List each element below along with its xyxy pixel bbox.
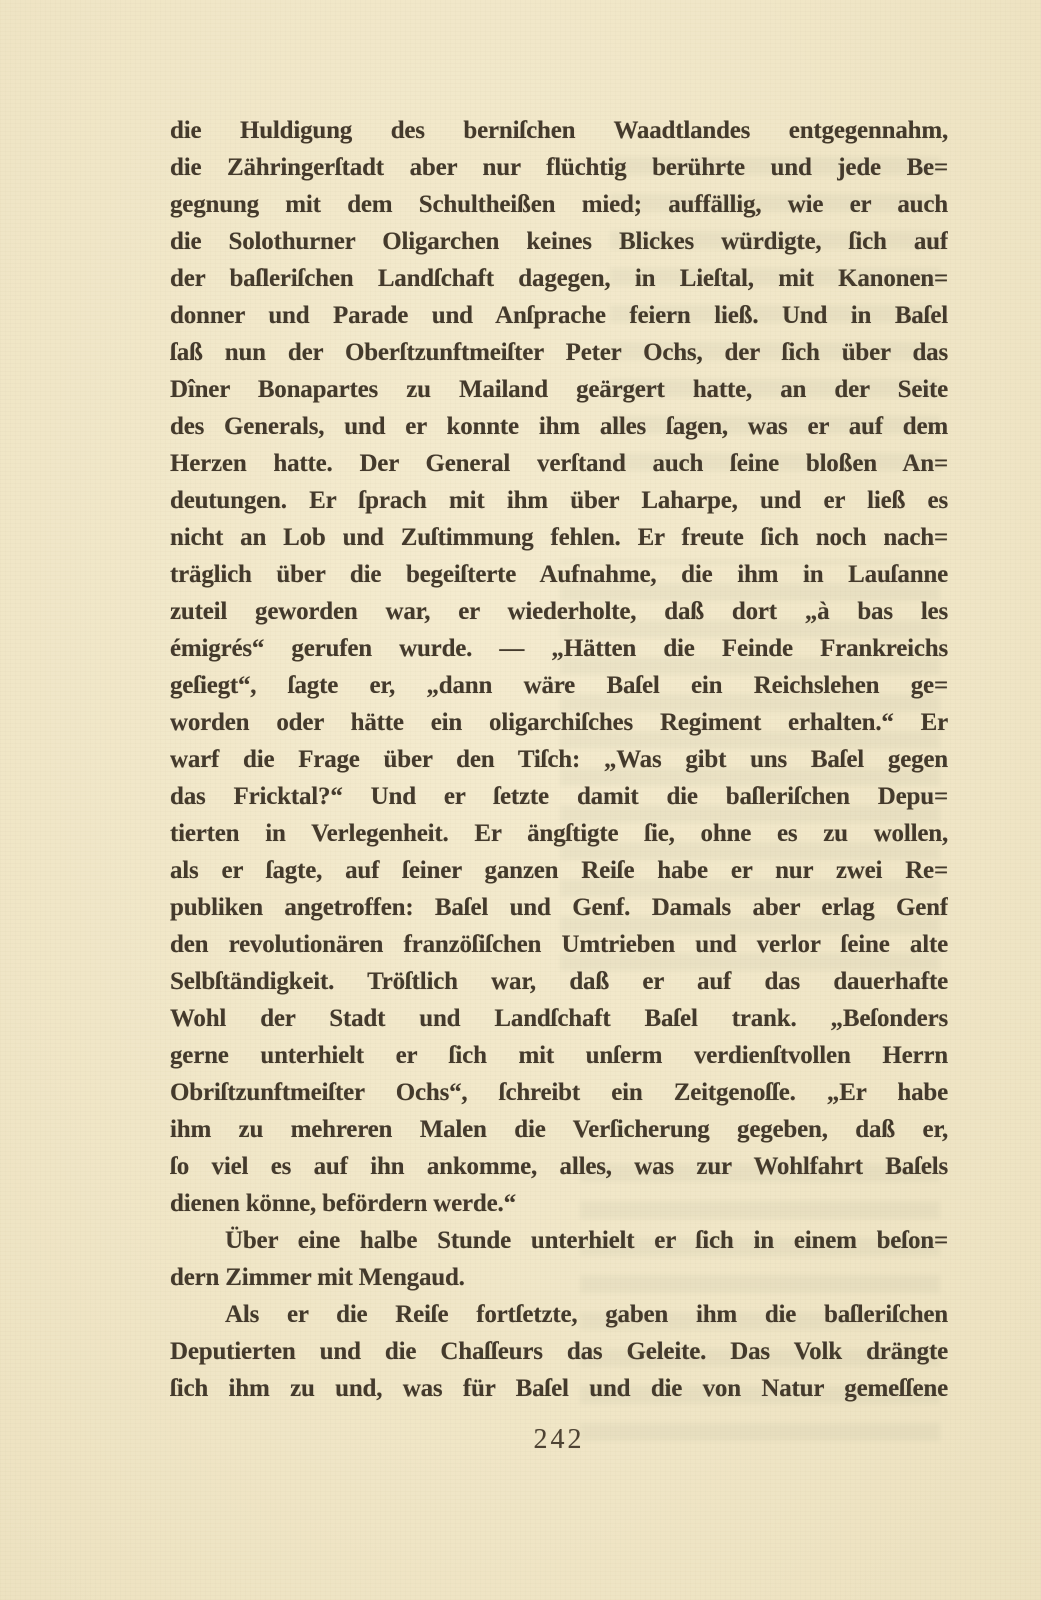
text-line: Obriſtzunftmeiſter Ochs“, ſchreibt ein Z… (170, 1074, 948, 1111)
text-line: Herzen hatte. Der General verſtand auch … (170, 445, 948, 482)
text-line: die Huldigung des berniſchen Waadtlandes… (170, 112, 948, 149)
text-line: émigrés“ gerufen wurde. — „Hätten die Fe… (170, 630, 948, 667)
text-line: der baſleriſchen Landſchaft dagegen, in … (170, 260, 948, 297)
text-line: nicht an Lob und Zuſtimmung fehlen. Er f… (170, 519, 948, 556)
text-line: warf die Frage über den Tiſch: „Was gibt… (170, 741, 948, 778)
page-number: 242 (170, 1424, 948, 1456)
text-line: dienen könne, befördern werde.“ (170, 1185, 948, 1222)
text-line: donner und Parade und Anſprache feiern l… (170, 297, 948, 334)
text-line: ſaß nun der Oberſtzunftmeiſter Peter Och… (170, 334, 948, 371)
text-line: den revolutionären franzöſiſchen Umtrieb… (170, 926, 948, 963)
text-line: ſo viel es auf ihn ankomme, alles, was z… (170, 1148, 948, 1185)
book-page-scan: { "colors": { "paper": "#f0e6c7", "ink":… (0, 0, 1041, 1600)
text-line: Dîner Bonapartes zu Mailand geärgert hat… (170, 371, 948, 408)
text-line: ſich ihm zu und, was für Baſel und die v… (170, 1370, 948, 1407)
text-line: tierten in Verlegenheit. Er ängſtigte ſi… (170, 815, 948, 852)
text-line: dern Zimmer mit Mengaud. (170, 1259, 948, 1296)
text-line: deutungen. Er ſprach mit ihm über Laharp… (170, 482, 948, 519)
text-line: geſiegt“, ſagte er, „dann wäre Baſel ein… (170, 667, 948, 704)
text-line: ihm zu mehreren Malen die Verſicherung g… (170, 1111, 948, 1148)
text-line: als er ſagte, auf ſeiner ganzen Reiſe ha… (170, 852, 948, 889)
text-line: zuteil geworden war, er wiederholte, daß… (170, 593, 948, 630)
text-line: Als er die Reiſe fortſetzte, gaben ihm d… (170, 1296, 948, 1333)
text-line: worden oder hätte ein oligarchiſches Reg… (170, 704, 948, 741)
text-line: publiken angetroffen: Baſel und Genf. Da… (170, 889, 948, 926)
text-line: Selbſtändigkeit. Tröſtlich war, daß er a… (170, 963, 948, 1000)
text-line: träglich über die begeiſterte Aufnahme, … (170, 556, 948, 593)
text-line: die Solothurner Oligarchen keines Blicke… (170, 223, 948, 260)
text-line: des Generals, und er konnte ihm alles ſa… (170, 408, 948, 445)
text-line: gegnung mit dem Schultheißen mied; auffä… (170, 186, 948, 223)
text-line: das Fricktal?“ Und er ſetzte damit die b… (170, 778, 948, 815)
text-line: Wohl der Stadt und Landſchaft Baſel tran… (170, 1000, 948, 1037)
text-line: gerne unterhielt er ſich mit unſerm verd… (170, 1037, 948, 1074)
text-block: die Huldigung des berniſchen Waadtlandes… (170, 112, 948, 1407)
text-line: Über eine halbe Stunde unterhielt er ſic… (170, 1222, 948, 1259)
text-line: die Zähringerſtadt aber nur flüchtig ber… (170, 149, 948, 186)
text-line: Deputierten und die Chaſſeurs das Geleit… (170, 1333, 948, 1370)
